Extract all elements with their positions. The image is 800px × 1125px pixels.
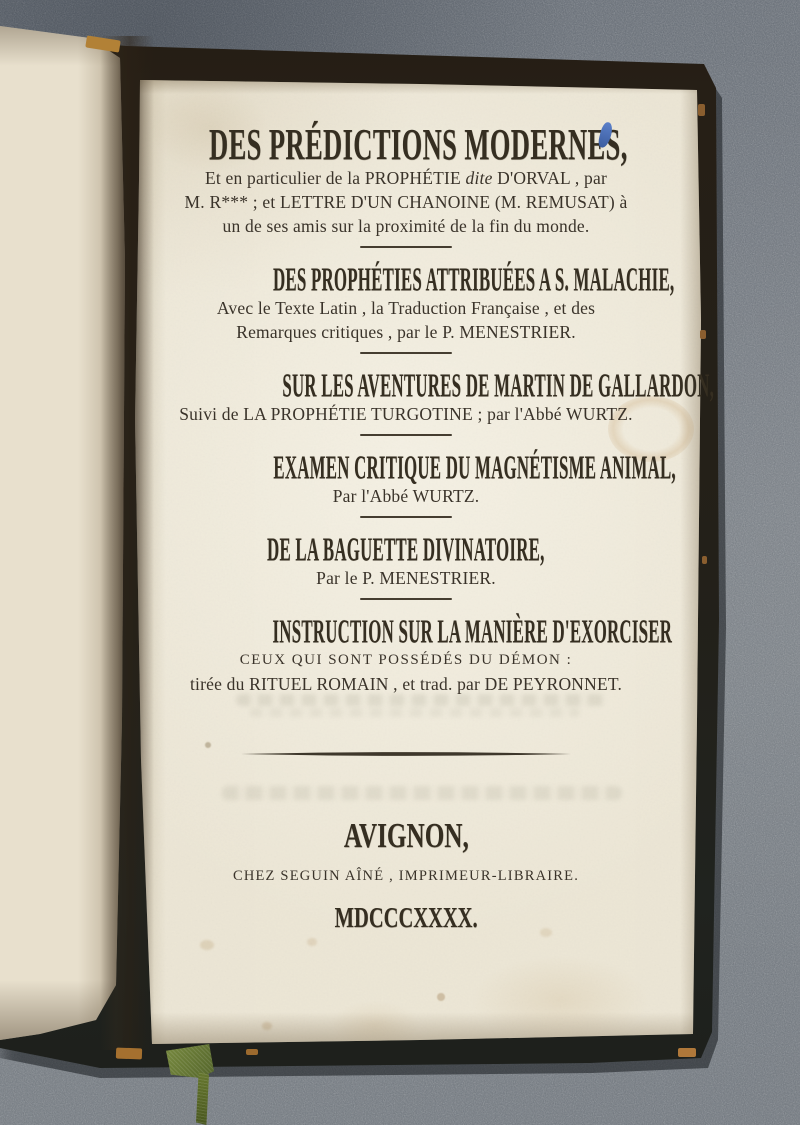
book-photo: DES PRÉDICTIONS MODERNES, Et en particul… [0, 0, 800, 1125]
work-title: DES PROPHÉTIES ATTRIBUÉES A S. MALACHIE, [273, 258, 674, 301]
leather-chip [700, 330, 706, 339]
section-divider [360, 246, 452, 248]
imprint: AVIGNON, CHEZ SEGUIN AÎNÉ , IMPRIMEUR-LI… [150, 758, 662, 934]
leather-chip [116, 1048, 142, 1060]
work-entry: SUR LES AVENTURES DE MARTIN DE GALLARDON… [150, 368, 662, 436]
work-subtitle-line: tirée du RITUEL ROMAIN , et trad. par DE… [150, 672, 662, 696]
work-title: DE LA BAGUETTE DIVINATOIRE, [267, 528, 545, 571]
swelled-rule [241, 750, 571, 758]
work-title: SUR LES AVENTURES DE MARTIN DE GALLARDON… [282, 364, 714, 407]
leather-chip [698, 104, 705, 116]
work-entry: DE LA BAGUETTE DIVINATOIRE, Par le P. ME… [150, 532, 662, 600]
work-subtitle-line: un de ses amis sur la proximité de la fi… [150, 214, 662, 238]
title-page-text: DES PRÉDICTIONS MODERNES, Et en particul… [150, 84, 662, 934]
imprint-publisher: CHEZ SEGUIN AÎNÉ , IMPRIMEUR-LIBRAIRE. [150, 866, 662, 886]
leather-chip [678, 1048, 696, 1057]
work-entry: INSTRUCTION SUR LA MANIÈRE D'EXORCISER C… [150, 614, 662, 696]
section-divider [360, 598, 452, 600]
work-entry: DES PRÉDICTIONS MODERNES, Et en particul… [150, 126, 662, 248]
work-entry: DES PROPHÉTIES ATTRIBUÉES A S. MALACHIE,… [150, 262, 662, 354]
section-divider [360, 434, 452, 436]
work-title: INSTRUCTION SUR LA MANIÈRE D'EXORCISER [272, 610, 672, 653]
work-title: EXAMEN CRITIQUE DU MAGNÉTISME ANIMAL, [273, 446, 676, 489]
imprint-city: AVIGNON, [344, 816, 469, 859]
work-subtitle-line: M. R*** ; et LETTRE D'UN CHANOINE (M. RE… [150, 190, 662, 214]
work-entry: EXAMEN CRITIQUE DU MAGNÉTISME ANIMAL, Pa… [150, 450, 662, 518]
imprint-year: MDCCCXXXX. [335, 902, 478, 937]
leather-chip [246, 1049, 258, 1055]
section-divider [360, 352, 452, 354]
section-divider [360, 516, 452, 518]
work-title: DES PRÉDICTIONS MODERNES, [209, 120, 628, 172]
leather-chip [702, 556, 707, 564]
work-subtitle-line: Remarques critiques , par le P. MENESTRI… [150, 320, 662, 344]
